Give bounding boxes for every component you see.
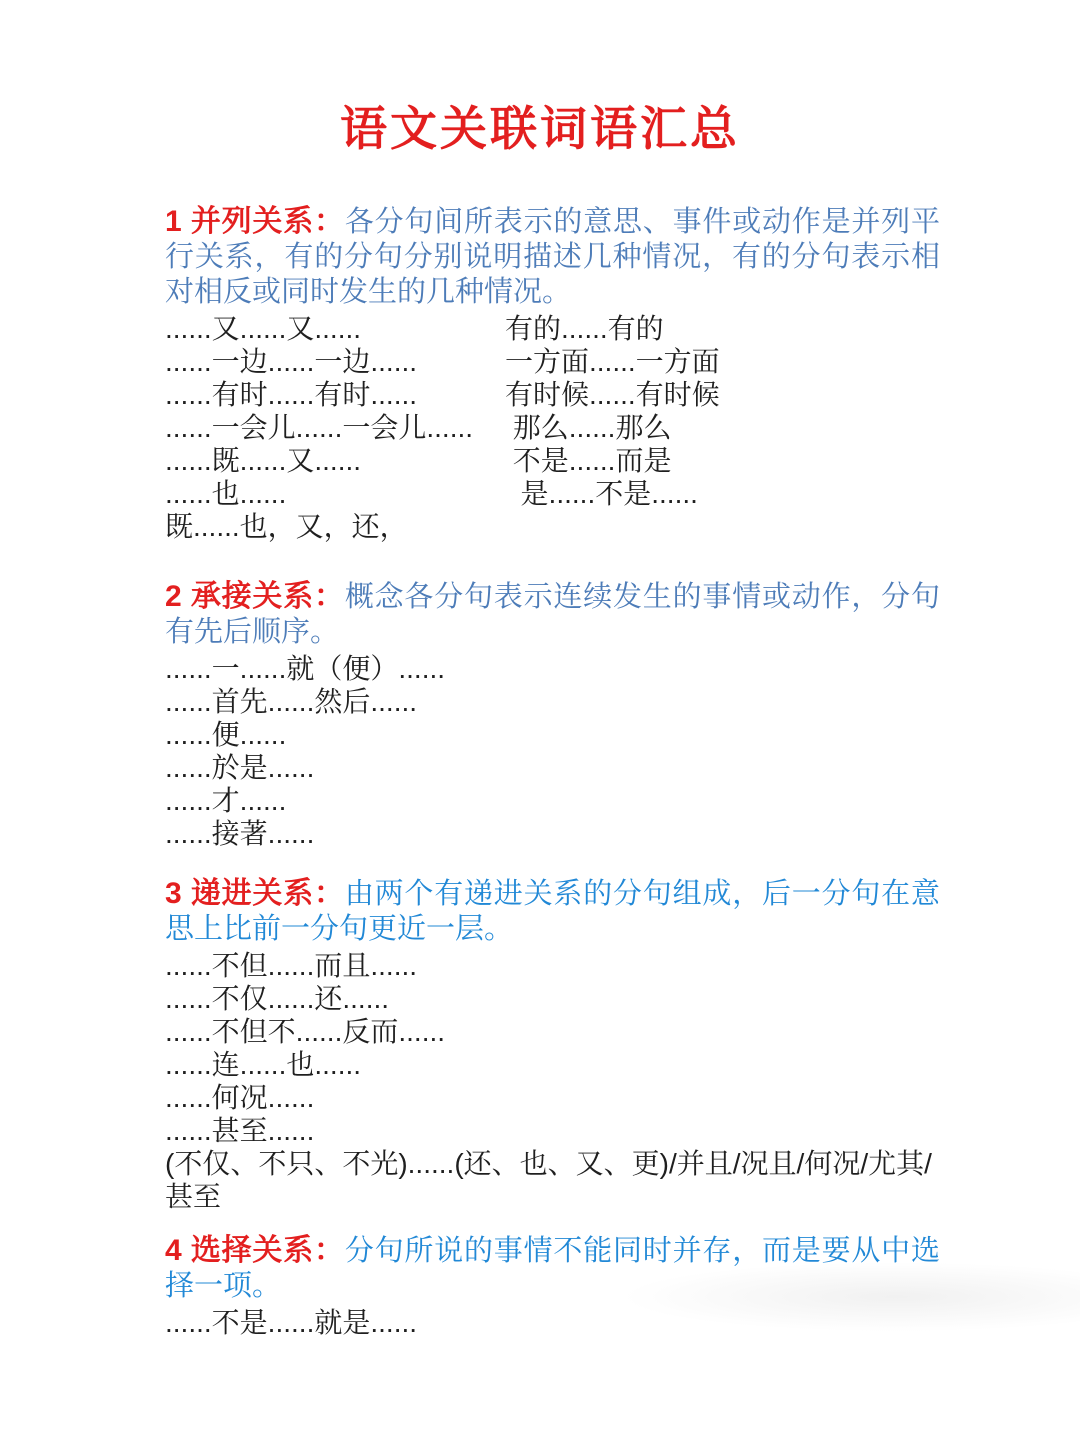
example-left: ......一会儿......一会儿...... <box>165 411 505 444</box>
example-row: ......一边......一边......一方面......一方面 <box>165 345 940 378</box>
section-choice-relation: 4 选择关系：分句所说的事情不能同时并存，而是要从中选择一项。 ......不是… <box>165 1233 940 1339</box>
example-row: ......於是...... <box>165 751 940 784</box>
section-heading: 1 并列关系： <box>165 205 345 238</box>
section-heading: 2 承接关系： <box>165 580 345 613</box>
example-row: ......便...... <box>165 718 940 751</box>
example-list: ......不但......而且...... ......不仅......还..… <box>165 949 940 1213</box>
example-row: ......才...... <box>165 784 940 817</box>
section-parallel-relation: 1 并列关系：各分句间所表示的意思、事件或动作是并列平行关系，有的分句分别说明描… <box>165 204 940 543</box>
section-intro: 2 承接关系：概念各分句表示连续发生的事情或动作，分句有先后顺序。 <box>165 579 940 650</box>
example-left: ......既......又...... <box>165 444 505 477</box>
example-row: ......不是......就是...... <box>165 1306 940 1339</box>
example-left: ......一边......一边...... <box>165 345 505 378</box>
document-content: 1 并列关系：各分句间所表示的意思、事件或动作是并列平行关系，有的分句分别说明描… <box>165 204 940 1339</box>
example-row: ......接著...... <box>165 817 940 850</box>
section-intro: 1 并列关系：各分句间所表示的意思、事件或动作是并列平行关系，有的分句分别说明描… <box>165 204 940 310</box>
example-row: (不仅、不只、不光)......(还、也、又、更)/并且/况且/何况/尤其/甚至 <box>165 1147 940 1213</box>
example-right: 有时候......有时候 <box>505 379 720 410</box>
example-row: ......有时......有时......有时候......有时候 <box>165 378 940 411</box>
example-row: ......不但不......反而...... <box>165 1015 940 1048</box>
example-row: ......一......就（便）...... <box>165 652 940 685</box>
example-left: ......又......又...... <box>165 312 505 345</box>
example-left: ......有时......有时...... <box>165 378 505 411</box>
example-row: ......不但......而且...... <box>165 949 940 982</box>
example-row: ......不仅......还...... <box>165 982 940 1015</box>
example-row: ......首先......然后...... <box>165 685 940 718</box>
example-row: 既......也，又，还， <box>165 510 940 543</box>
example-row: ......何况...... <box>165 1081 940 1114</box>
example-right: 不是......而是 <box>505 445 671 476</box>
example-right: 那么......那么 <box>505 412 671 443</box>
example-row: ......也...... 是......不是...... <box>165 477 940 510</box>
example-left: ......也...... <box>165 477 505 510</box>
section-intro: 3 递进关系：由两个有递进关系的分句组成，后一分句在意思上比前一分句更近一层。 <box>165 876 940 947</box>
example-list: ......不是......就是...... <box>165 1306 940 1339</box>
example-list: ......一......就（便）...... ......首先......然后… <box>165 652 940 850</box>
document-page: 语文关联词语汇总 1 并列关系：各分句间所表示的意思、事件或动作是并列平行关系，… <box>0 0 1080 1439</box>
section-progressive-relation: 3 递进关系：由两个有递进关系的分句组成，后一分句在意思上比前一分句更近一层。 … <box>165 876 940 1213</box>
section-heading: 4 选择关系： <box>165 1234 345 1267</box>
example-row: ......连......也...... <box>165 1048 940 1081</box>
section-heading: 3 递进关系： <box>165 877 345 910</box>
example-row: ......既......又...... 不是......而是 <box>165 444 940 477</box>
page-title: 语文关联词语汇总 <box>0 0 1080 158</box>
example-list: ......又......又......有的......有的 ......一边.… <box>165 312 940 543</box>
example-right: 一方面......一方面 <box>505 346 720 377</box>
example-right: 有的......有的 <box>505 313 664 344</box>
example-right: 是......不是...... <box>505 478 698 509</box>
section-intro: 4 选择关系：分句所说的事情不能同时并存，而是要从中选择一项。 <box>165 1233 940 1304</box>
section-sequential-relation: 2 承接关系：概念各分句表示连续发生的事情或动作，分句有先后顺序。 ......… <box>165 579 940 850</box>
example-row: ......甚至...... <box>165 1114 940 1147</box>
example-row: ......一会儿......一会儿...... 那么......那么 <box>165 411 940 444</box>
example-row: ......又......又......有的......有的 <box>165 312 940 345</box>
